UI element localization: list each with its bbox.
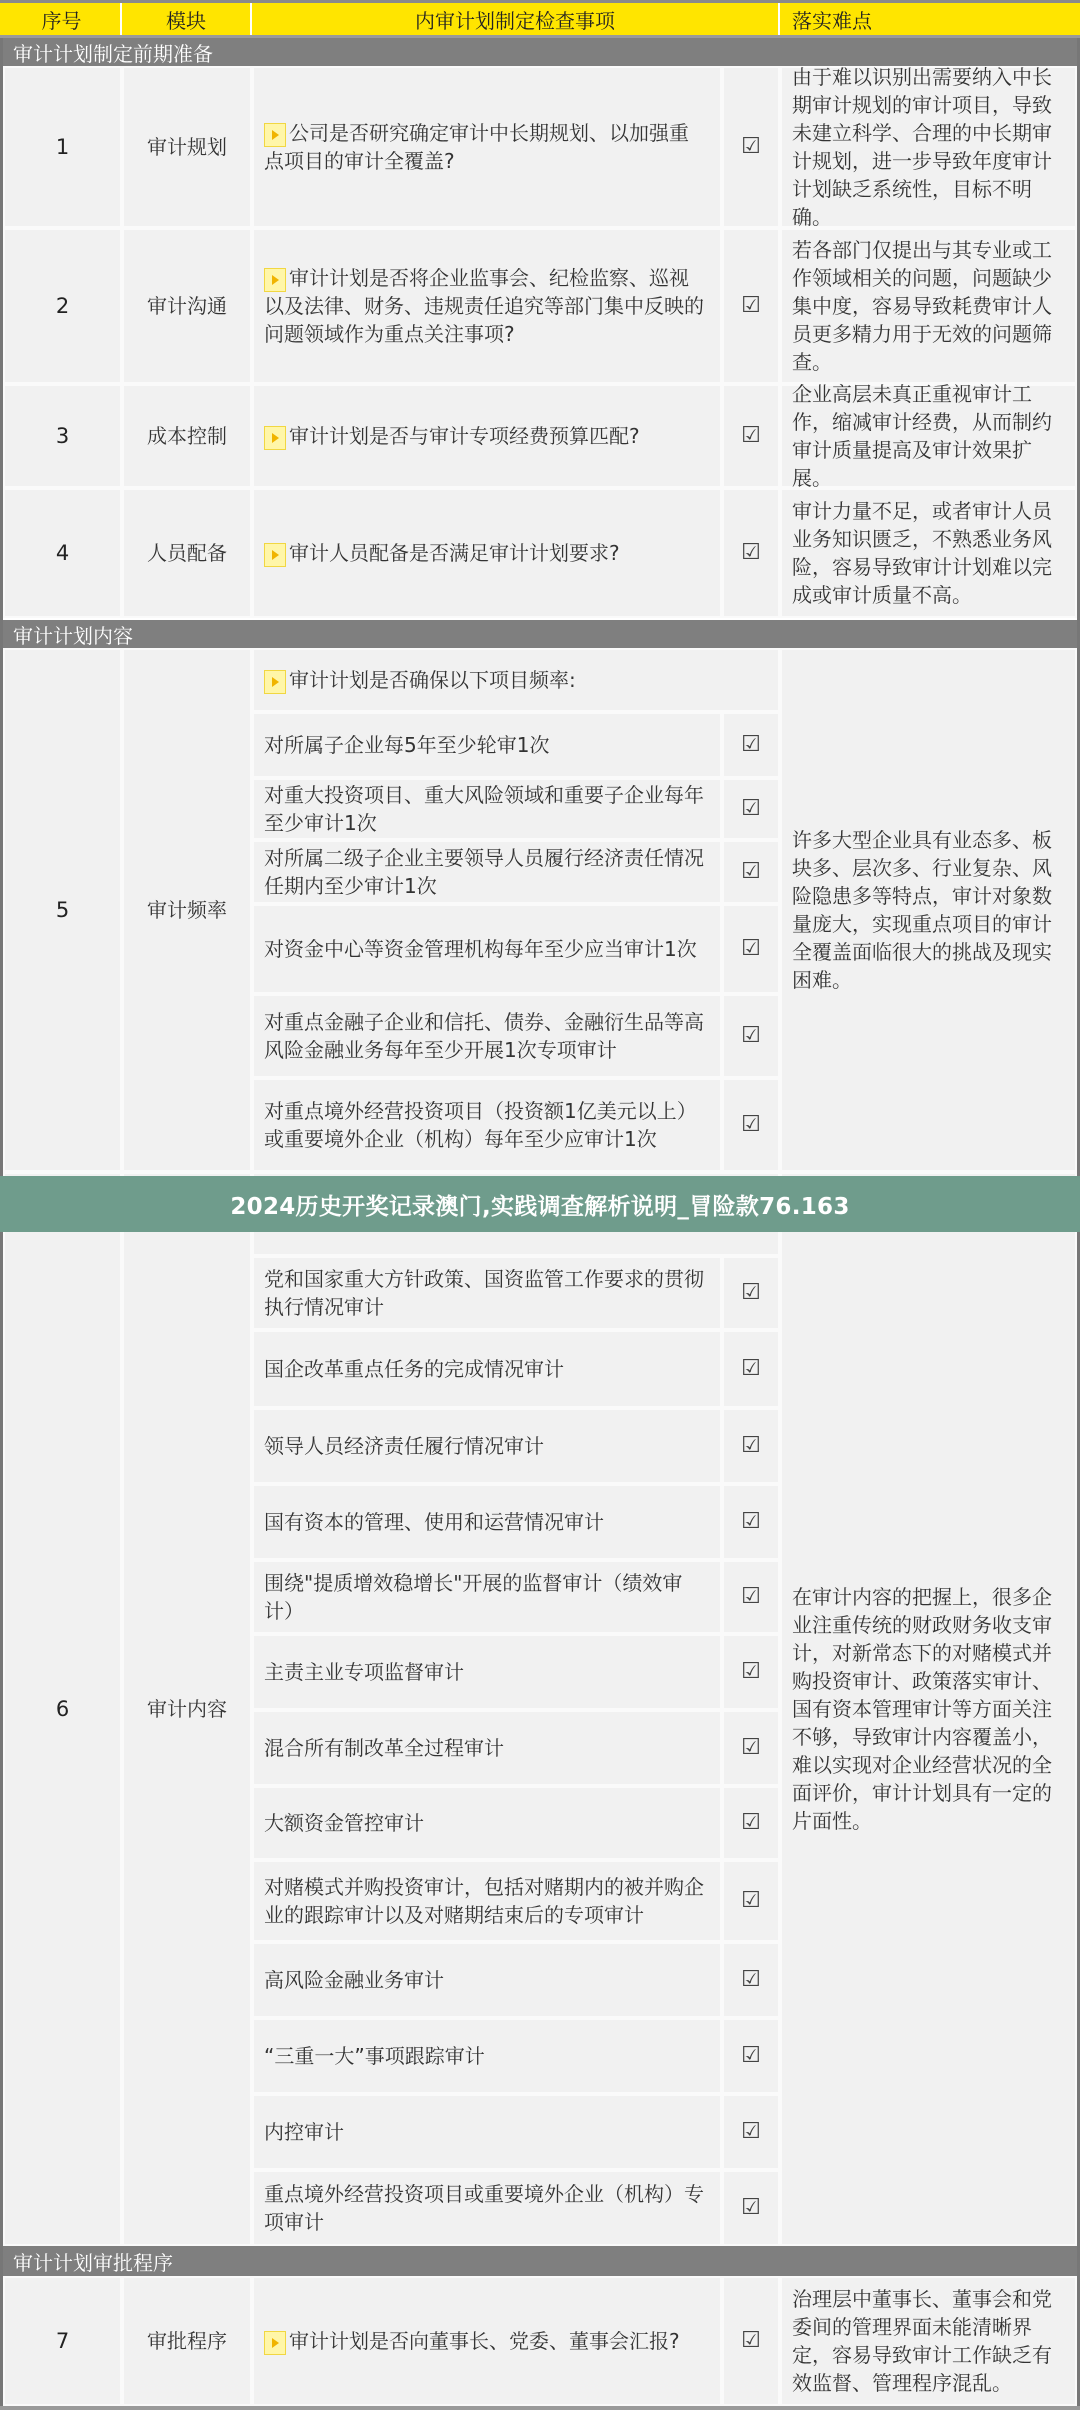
check-item: 对所属二级子企业主要领导人员履行经济责任情况任期内至少审计1次 [252,840,722,904]
check-item: 高风险金融业务审计 [252,1942,722,2018]
checkbox-checked-icon[interactable]: ☑ [722,2276,780,2406]
checkbox-checked-icon[interactable]: ☑ [722,1786,780,1860]
table-bottom-border [0,2406,1080,2410]
check-item: 审计计划是否与审计专项经费预算匹配? [252,384,722,488]
checkbox-checked-icon[interactable]: ☑ [722,1330,780,1408]
row-number: 3 [3,384,122,488]
row-number: 2 [3,228,122,384]
difficulty-text: 许多大型企业具有业态多、板块多、层次多、行业复杂、风险隐患多等特点，审计对象数量… [780,648,1077,1172]
difficulty-text: 治理层中董事长、董事会和党委间的管理界面未能清晰界定，容易导致审计工作缺乏有效监… [780,2276,1077,2406]
check-item-intro: 审计计划是否确保以下项目频率: [252,648,780,712]
checkbox-checked-icon[interactable]: ☑ [722,2170,780,2246]
checkbox-checked-icon[interactable]: ☑ [722,1408,780,1484]
checkbox-checked-icon[interactable]: ☑ [722,1256,780,1330]
check-item: 对重点金融子企业和信托、债券、金融衍生品等高风险金融业务每年至少开展1次专项审计 [252,994,722,1078]
check-item: 对重大投资项目、重大风险领域和重要子企业每年至少审计1次 [252,778,722,840]
play-arrow-icon [264,268,286,292]
check-item: 对赌模式并购投资审计，包括对赌期内的被并购企业的跟踪审计以及对赌期结束后的专项审… [252,1860,722,1942]
checkbox-checked-icon[interactable]: ☑ [722,840,780,904]
difficulty-text: 企业高层未真正重视审计工作，缩减审计经费，从而制约审计质量提高及审计效果扩展。 [780,384,1077,488]
check-item: 国企改革重点任务的完成情况审计 [252,1330,722,1408]
checkbox-checked-icon[interactable]: ☑ [722,994,780,1078]
row-module: 审计内容 [122,1172,252,2246]
row-module: 审批程序 [122,2276,252,2406]
checkbox-checked-icon[interactable]: ☑ [722,1078,780,1172]
difficulty-text: 审计力量不足，或者审计人员业务知识匮乏，不熟悉业务风险，容易导致审计计划难以完成… [780,488,1077,618]
checkbox-checked-icon[interactable]: ☑ [722,1710,780,1786]
row-number: 5 [3,648,122,1172]
checkbox-checked-icon[interactable]: ☑ [722,1942,780,2018]
play-arrow-icon [264,123,286,147]
row-module: 人员配备 [122,488,252,618]
column-header-module: 模块 [122,3,252,35]
row-number: 4 [3,488,122,618]
title-banner: 2024历史开奖记录澳门,实践调查解析说明_冒险款76.163 [0,1176,1080,1232]
checkbox-checked-icon[interactable]: ☑ [722,778,780,840]
checkbox-checked-icon[interactable]: ☑ [722,488,780,618]
row-module: 审计沟通 [122,228,252,384]
check-item: 党和国家重大方针政策、国资监管工作要求的贯彻执行情况审计 [252,1256,722,1330]
checkbox-checked-icon[interactable]: ☑ [722,228,780,384]
difficulty-text: 由于难以识别出需要纳入中长期审计规划的审计项目，导致未建立科学、合理的中长期审计… [780,66,1077,228]
difficulty-text: 在审计内容的把握上，很多企业注重传统的财政财务收支审计，对新常态下的对赌模式并购… [780,1172,1077,2246]
check-item: 审计人员配备是否满足审计计划要求? [252,488,722,618]
checkbox-checked-icon[interactable]: ☑ [722,1484,780,1560]
checkbox-checked-icon[interactable]: ☑ [722,384,780,488]
section-header-preparation: 审计计划制定前期准备 [3,38,1077,66]
check-item: “三重一大”事项跟踪审计 [252,2018,722,2094]
row-number: 1 [3,66,122,228]
column-header-difficulty: 落实难点 [780,3,1077,35]
check-item: 领导人员经济责任履行情况审计 [252,1408,722,1484]
checkbox-checked-icon[interactable]: ☑ [722,1860,780,1942]
row-number: 6 [3,1172,122,2246]
play-arrow-icon [264,426,286,450]
check-item: 重点境外经营投资项目或重要境外企业（机构）专项审计 [252,2170,722,2246]
play-arrow-icon [264,2331,286,2355]
row-number: 7 [3,2276,122,2406]
checkbox-checked-icon[interactable]: ☑ [722,1560,780,1634]
column-header-check-items: 内审计划制定检查事项 [252,3,780,35]
check-item: 审计计划是否向董事长、党委、董事会汇报? [252,2276,722,2406]
check-item: 内控审计 [252,2094,722,2170]
check-item: 国有资本的管理、使用和运营情况审计 [252,1484,722,1560]
difficulty-text: 若各部门仅提出与其专业或工作领域相关的问题，问题缺少集中度，容易导致耗费审计人员… [780,228,1077,384]
check-item: 审计计划是否将企业监事会、纪检监察、巡视以及法律、财务、违规责任追究等部门集中反… [252,228,722,384]
play-arrow-icon [264,670,286,694]
row-module: 成本控制 [122,384,252,488]
play-arrow-icon [264,543,286,567]
check-item: 主责主业专项监督审计 [252,1634,722,1710]
check-item: 混合所有制改革全过程审计 [252,1710,722,1786]
check-item: 对资金中心等资金管理机构每年至少应当审计1次 [252,904,722,994]
section-header-approval: 审计计划审批程序 [3,2246,1077,2276]
check-item: 大额资金管控审计 [252,1786,722,1860]
column-header-number: 序号 [3,3,122,35]
checkbox-checked-icon[interactable]: ☑ [722,66,780,228]
section-header-content: 审计计划内容 [3,620,1077,648]
row-module: 审计频率 [122,648,252,1172]
checkbox-checked-icon[interactable]: ☑ [722,1634,780,1710]
checkbox-checked-icon[interactable]: ☑ [722,2094,780,2170]
check-item: 对所属子企业每5年至少轮审1次 [252,712,722,778]
check-item: 对重点境外经营投资项目（投资额1亿美元以上）或重要境外企业（机构）每年至少应审计… [252,1078,722,1172]
row-module: 审计规划 [122,66,252,228]
checkbox-checked-icon[interactable]: ☑ [722,712,780,778]
checkbox-checked-icon[interactable]: ☑ [722,2018,780,2094]
check-item: 公司是否研究确定审计中长期规划、以加强重点项目的审计全覆盖? [252,66,722,228]
checkbox-checked-icon[interactable]: ☑ [722,904,780,994]
check-item: 围绕"提质增效稳增长"开展的监督审计（绩效审计） [252,1560,722,1634]
